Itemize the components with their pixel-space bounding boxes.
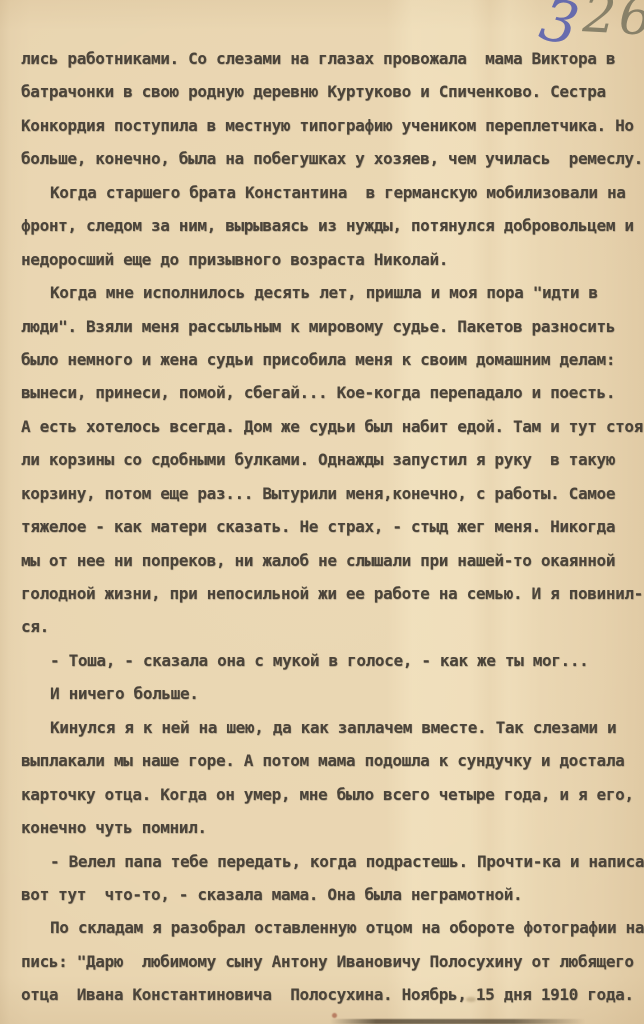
text-line: люди". Взяли меня рассыльным к мировому … [21, 310, 640, 343]
text-line: карточку отца. Когда он умер, мне было в… [21, 778, 640, 811]
text-line: Конкордия поступила в местную типографию… [21, 109, 640, 142]
text-line: - Велел папа тебе передать, когда подрас… [21, 845, 640, 878]
scan-edge-shadow [330, 1019, 585, 1024]
text-line: корзину, потом еще раз... Вытурили меня,… [21, 477, 640, 510]
text-line: выплакали мы наше горе. А потом мама под… [21, 744, 640, 777]
typewritten-text-block: лись работниками. Со слезами на глазах п… [0, 0, 644, 1012]
text-line: - Тоша, - сказала она с мукой в голосе, … [21, 644, 640, 677]
text-line: А есть хотелось всегда. Дом же судьи был… [21, 410, 640, 443]
text-line: фронт, следом за ним, вырываясь из нужды… [21, 209, 640, 242]
text-line: вынеси, принеси, помой, сбегай... Кое-ко… [21, 376, 640, 409]
text-line: Когда старшего брата Константина в герма… [21, 176, 640, 209]
document-page: 3 26 лись работниками. Со слезами на гла… [0, 0, 644, 1024]
text-line: И ничего больше. [21, 677, 640, 710]
text-line: батрачонки в свою родную деревню Куртуко… [21, 75, 640, 108]
text-line: конечно чуть помнил. [21, 811, 640, 844]
text-line: Кинулся я к ней на шею, да как заплачем … [21, 711, 640, 744]
text-line: отца Ивана Константиновича Полосухина. Н… [21, 978, 640, 1011]
text-line: ли корзины со сдобными булками. Однажды … [21, 443, 640, 476]
paper-stain [332, 1013, 337, 1018]
paper-stain [470, 227, 474, 231]
text-line: пись: "Дарю любимому сыну Антону Иванови… [21, 945, 640, 978]
paper-stain [466, 997, 476, 1002]
text-line: голодной жизни, при непосильной жи ее ра… [21, 577, 640, 610]
text-line: лись работниками. Со слезами на глазах п… [21, 42, 640, 75]
text-line: мы от нее ни попреков, ни жалоб не слыша… [21, 544, 640, 577]
text-line: было немного и жена судьи присобила меня… [21, 343, 640, 376]
text-line: вот тут что-то, - сказала мама. Она была… [21, 878, 640, 911]
text-line: ся. [21, 610, 640, 643]
text-line: тяжелое - как матери сказать. Не страх, … [21, 510, 640, 543]
text-line: недоросший еще до призывного возраста Ни… [21, 243, 640, 276]
text-line: Когда мне исполнилось десять лет, пришла… [21, 276, 640, 309]
text-line: По складам я разобрал оставленную отцом … [21, 911, 640, 944]
text-line: больше, конечно, была на побегушках у хо… [21, 142, 640, 175]
